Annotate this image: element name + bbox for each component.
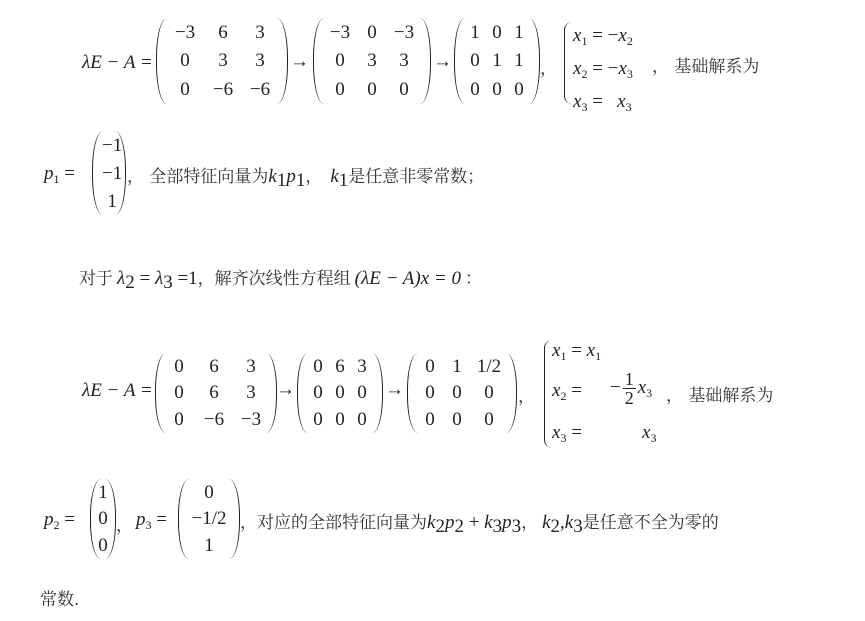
comma-2: ， [518,382,535,407]
lambda-e-minus-a-label-1: λE − A = [82,52,153,74]
basis-label-2: ， 基础解系为 [666,381,773,406]
solution-system-2: x1 = x1 x2 = −12x3 x3 = x3 [552,340,672,448]
p2-p3-description: ，对应的全部特征向量为k2p2 + k3p3， k2,k3是任意不全为零的 [240,508,719,538]
arrow-4: → [385,379,404,401]
p1-label: p1 = [44,163,75,187]
matrix-2b: 0 6 3 0 0 0 0 0 0 [297,353,383,433]
matrix-1b: −3 0 −3 0 3 3 0 0 0 [313,18,431,104]
system-row: x1 = x1 [552,340,601,364]
system-row: x3 = [552,422,582,446]
lambda-e-minus-a-label-2: λE − A = [82,380,153,402]
system-row-coefficient: −12x3 [610,370,652,407]
brace-1 [564,22,573,104]
p2-label: p2 = [44,509,75,533]
p1-description: ， 全部特征向量为k1p1， k1是任意非零常数； [127,162,484,192]
arrow-3: → [276,379,295,401]
arrow-2: → [433,51,452,73]
solution-system-1: x1 = −x2 x2 = −x3 x3 = x3 [573,22,633,121]
section-3-lambda-statement: 对于 λ2 = λ3 =1，解齐次线性方程组 (λE − A)x = 0 ： [79,264,482,294]
matrix-1a: −3 6 3 0 3 3 0 −6 −6 [156,18,288,104]
system-row: x2 = −x3 [573,55,633,88]
p2-vector: 1 0 0 [90,479,116,559]
p3-vector: 0 −1/2 1 [178,479,240,559]
system-row: x2 = [552,380,582,404]
matrix-2a: 0 6 3 0 6 3 0 −6 −3 [155,353,277,433]
system-row: x1 = −x2 [573,22,633,55]
p1-vector: −1 −1 1 [92,131,126,215]
separator: ， [116,511,133,536]
basis-label-1: ， 基础解系为 [652,52,759,77]
system-row-rhs: x3 [642,422,656,446]
comma-1: ， [540,54,557,79]
matrix-1c: 1 0 1 0 1 1 0 0 0 [454,18,540,104]
p3-label: p3 = [136,509,167,533]
arrow-1: → [290,51,309,73]
system-row: x3 = x3 [573,88,633,121]
matrix-2c: 0 1 1/2 0 0 0 0 0 0 [407,353,517,433]
section-6-closing-text: 常数. [40,585,79,610]
